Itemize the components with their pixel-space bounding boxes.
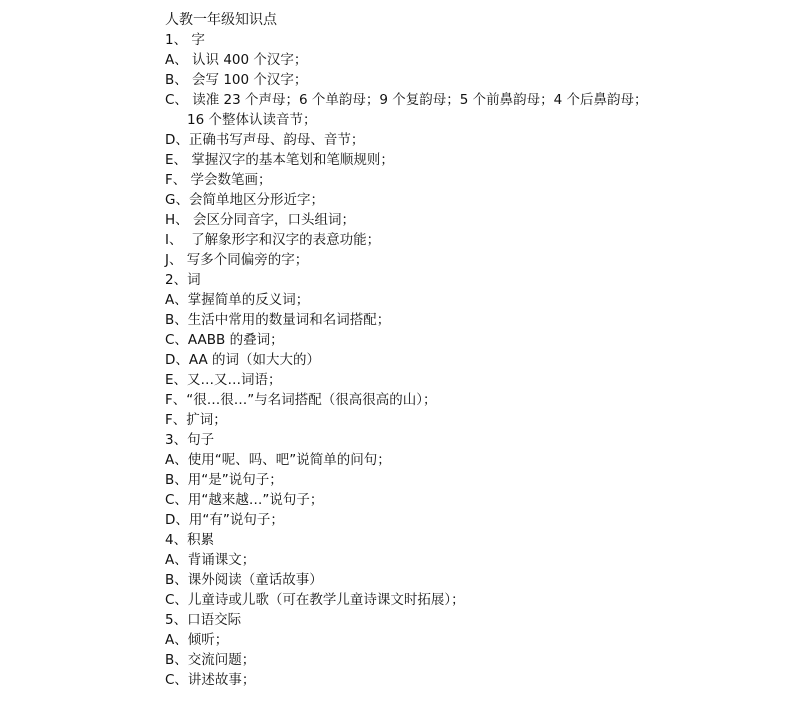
list-item: J、 写多个同偏旁的字； <box>165 250 648 270</box>
section-heading: 5、口语交际 <box>165 610 648 630</box>
list-item: F、扩词； <box>165 410 648 430</box>
list-item: F、 学会数笔画； <box>165 170 648 190</box>
list-item: C、儿童诗或儿歌（可在教学儿童诗课文时拓展）； <box>165 590 648 610</box>
list-item: B、生活中常用的数量词和名词搭配； <box>165 310 648 330</box>
list-item: B、 会写 100 个汉字； <box>165 70 648 90</box>
list-item: C、讲述故事； <box>165 670 648 690</box>
list-item: B、交流问题； <box>165 650 648 670</box>
list-item: G、会简单地区分形近字； <box>165 190 648 210</box>
document-lines: 1、 字A、 认识 400 个汉字；B、 会写 100 个汉字；C、 读准 23… <box>165 30 648 690</box>
list-item-continuation: 16 个整体认读音节； <box>165 110 648 130</box>
list-item: E、又…又…词语； <box>165 370 648 390</box>
section-heading: 3、句子 <box>165 430 648 450</box>
section-heading: 1、 字 <box>165 30 648 50</box>
list-item: A、掌握简单的反义词； <box>165 290 648 310</box>
list-item: C、用“越来越…”说句子； <box>165 490 648 510</box>
list-item: H、 会区分同音字，口头组词； <box>165 210 648 230</box>
list-item: A、背诵课文； <box>165 550 648 570</box>
list-item: A、 认识 400 个汉字； <box>165 50 648 70</box>
list-item: B、课外阅读（童话故事） <box>165 570 648 590</box>
list-item: A、使用“呢、吗、吧”说简单的问句； <box>165 450 648 470</box>
list-item: D、用“有”说句子； <box>165 510 648 530</box>
list-item: C、AABB 的叠词； <box>165 330 648 350</box>
list-item: F、“很…很…”与名词搭配（很高很高的山）； <box>165 390 648 410</box>
list-item: I、 了解象形字和汉字的表意功能； <box>165 230 648 250</box>
list-item: B、用“是”说句子； <box>165 470 648 490</box>
list-item: C、 读准 23 个声母；6 个单韵母；9 个复韵母；5 个前鼻韵母；4 个后鼻… <box>165 90 648 110</box>
section-heading: 2、词 <box>165 270 648 290</box>
list-item: A、倾听； <box>165 630 648 650</box>
document-body: 人教一年级知识点 1、 字A、 认识 400 个汉字；B、 会写 100 个汉字… <box>165 10 648 690</box>
list-item: D、正确书写声母、韵母、音节； <box>165 130 648 150</box>
list-item: D、AA 的词（如大大的） <box>165 350 648 370</box>
document-title: 人教一年级知识点 <box>165 10 648 30</box>
section-heading: 4、积累 <box>165 530 648 550</box>
list-item: E、 掌握汉字的基本笔划和笔顺规则； <box>165 150 648 170</box>
